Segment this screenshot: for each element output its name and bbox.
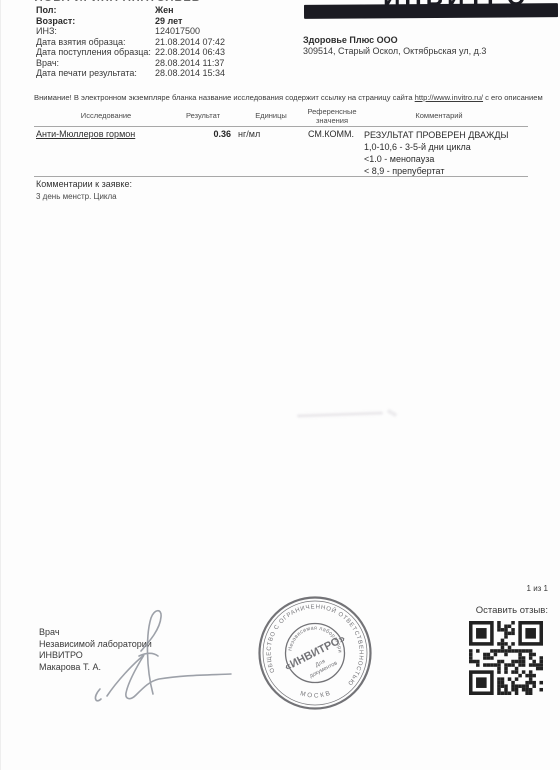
field-label: Дата поступления образца:: [36, 47, 155, 58]
patient-row-print-date: Дата печати результата: 28.08.2014 15:34: [36, 68, 225, 79]
column-header-result: Результат: [173, 112, 233, 121]
field-value: 28.08.2014 11:37: [155, 58, 224, 69]
scan-smudge: [297, 412, 383, 418]
notice-before: Внимание! В электронном экземпляре бланк…: [34, 93, 415, 102]
notice-after: с его описанием: [483, 93, 543, 102]
field-label: Дата взятия образца:: [36, 37, 155, 48]
patient-row-sex: Пол: Жен: [36, 5, 225, 16]
column-header-reference: Референсные значения: [302, 108, 362, 125]
patient-name-fragment: ЛОВА ИРИНА АНАТОЛЬЕВ: [35, 0, 201, 4]
field-value: 29 лет: [155, 16, 182, 27]
comment-line: РЕЗУЛЬТАТ ПРОВЕРЕН ДВАЖДЫ: [364, 129, 514, 141]
field-label: Дата печати результата:: [36, 68, 155, 79]
result-value: 0.36: [181, 129, 231, 139]
request-comments-title: Комментарии к заявке:: [36, 179, 132, 189]
logo-wordmark: ИНВИТРО®: [383, 0, 536, 12]
table-bottom-rule: [34, 176, 528, 177]
field-label: Пол:: [36, 5, 155, 16]
table-header-rule: [34, 126, 528, 127]
notice-line: Внимание! В электронном экземпляре бланк…: [34, 93, 534, 102]
logo-word: ИНВИТРО: [383, 0, 529, 11]
test-name-link[interactable]: Анти-Мюллеров гормон: [36, 129, 135, 139]
field-value: 124017500: [155, 26, 200, 37]
patient-row-inz: ИНЗ: 124017500: [36, 26, 225, 37]
patient-row-sample-taken: Дата взятия образца: 21.08.2014 07:42: [36, 37, 225, 48]
column-header-comment: Комментарий: [394, 112, 484, 121]
field-label: Врач:: [36, 58, 155, 69]
column-header-test: Исследование: [61, 112, 151, 121]
result-units: нг/мл: [238, 129, 260, 139]
request-comments-text: 3 день менстр. Цикла: [36, 192, 117, 201]
invitro-logo: ИНВИТРО®: [304, 0, 558, 21]
client-org-name: Здоровье Плюс ООО: [303, 35, 486, 46]
field-value: Жен: [155, 5, 174, 16]
patient-row-doctor: Врач: 28.08.2014 11:37: [36, 58, 225, 69]
invitro-url-link[interactable]: http://www.invitro.ru/: [415, 93, 483, 102]
invitro-stamp-icon: ОБЩЕСТВО С ОГРАНИЧЕННОЙ ОТВЕТСТВЕННОСТЬЮ…: [254, 592, 376, 714]
field-value: 21.08.2014 07:42: [155, 37, 225, 48]
comment-line: 1,0-10,6 - 3-5-й дни цикла: [364, 141, 514, 153]
patient-info-block: Пол: Жен Возраст: 29 лет ИНЗ: 124017500 …: [36, 5, 225, 79]
scan-smudge: [387, 409, 398, 417]
field-label: Возраст:: [36, 16, 155, 27]
page-indicator: 1 из 1: [481, 584, 548, 593]
column-header-units: Единицы: [246, 112, 296, 121]
client-org-block: Здоровье Плюс ООО 309514, Старый Оскол, …: [303, 35, 486, 57]
qr-code: [469, 621, 543, 695]
client-org-address: 309514, Старый Оскол, Октябрьская ул, д.…: [303, 46, 486, 57]
field-label: ИНЗ:: [36, 26, 155, 37]
comment-line: <1.0 - менопауза: [364, 153, 514, 165]
field-value: 28.08.2014 15:34: [155, 68, 225, 79]
reference-value: СМ.КОММ.: [308, 129, 354, 139]
patient-row-sample-received: Дата поступления образца: 22.08.2014 06:…: [36, 47, 225, 58]
scanned-lab-report-page: ЛОВА ИРИНА АНАТОЛЬЕВ Пол: Жен Возраст: 2…: [0, 0, 560, 770]
doctor-signature-icon: [91, 598, 241, 710]
patient-row-age: Возраст: 29 лет: [36, 16, 225, 27]
feedback-label: Оставить отзыв:: [431, 605, 548, 616]
field-value: 22.08.2014 06:43: [155, 47, 225, 58]
result-comment: РЕЗУЛЬТАТ ПРОВЕРЕН ДВАЖДЫ 1,0-10,6 - 3-5…: [364, 129, 514, 177]
